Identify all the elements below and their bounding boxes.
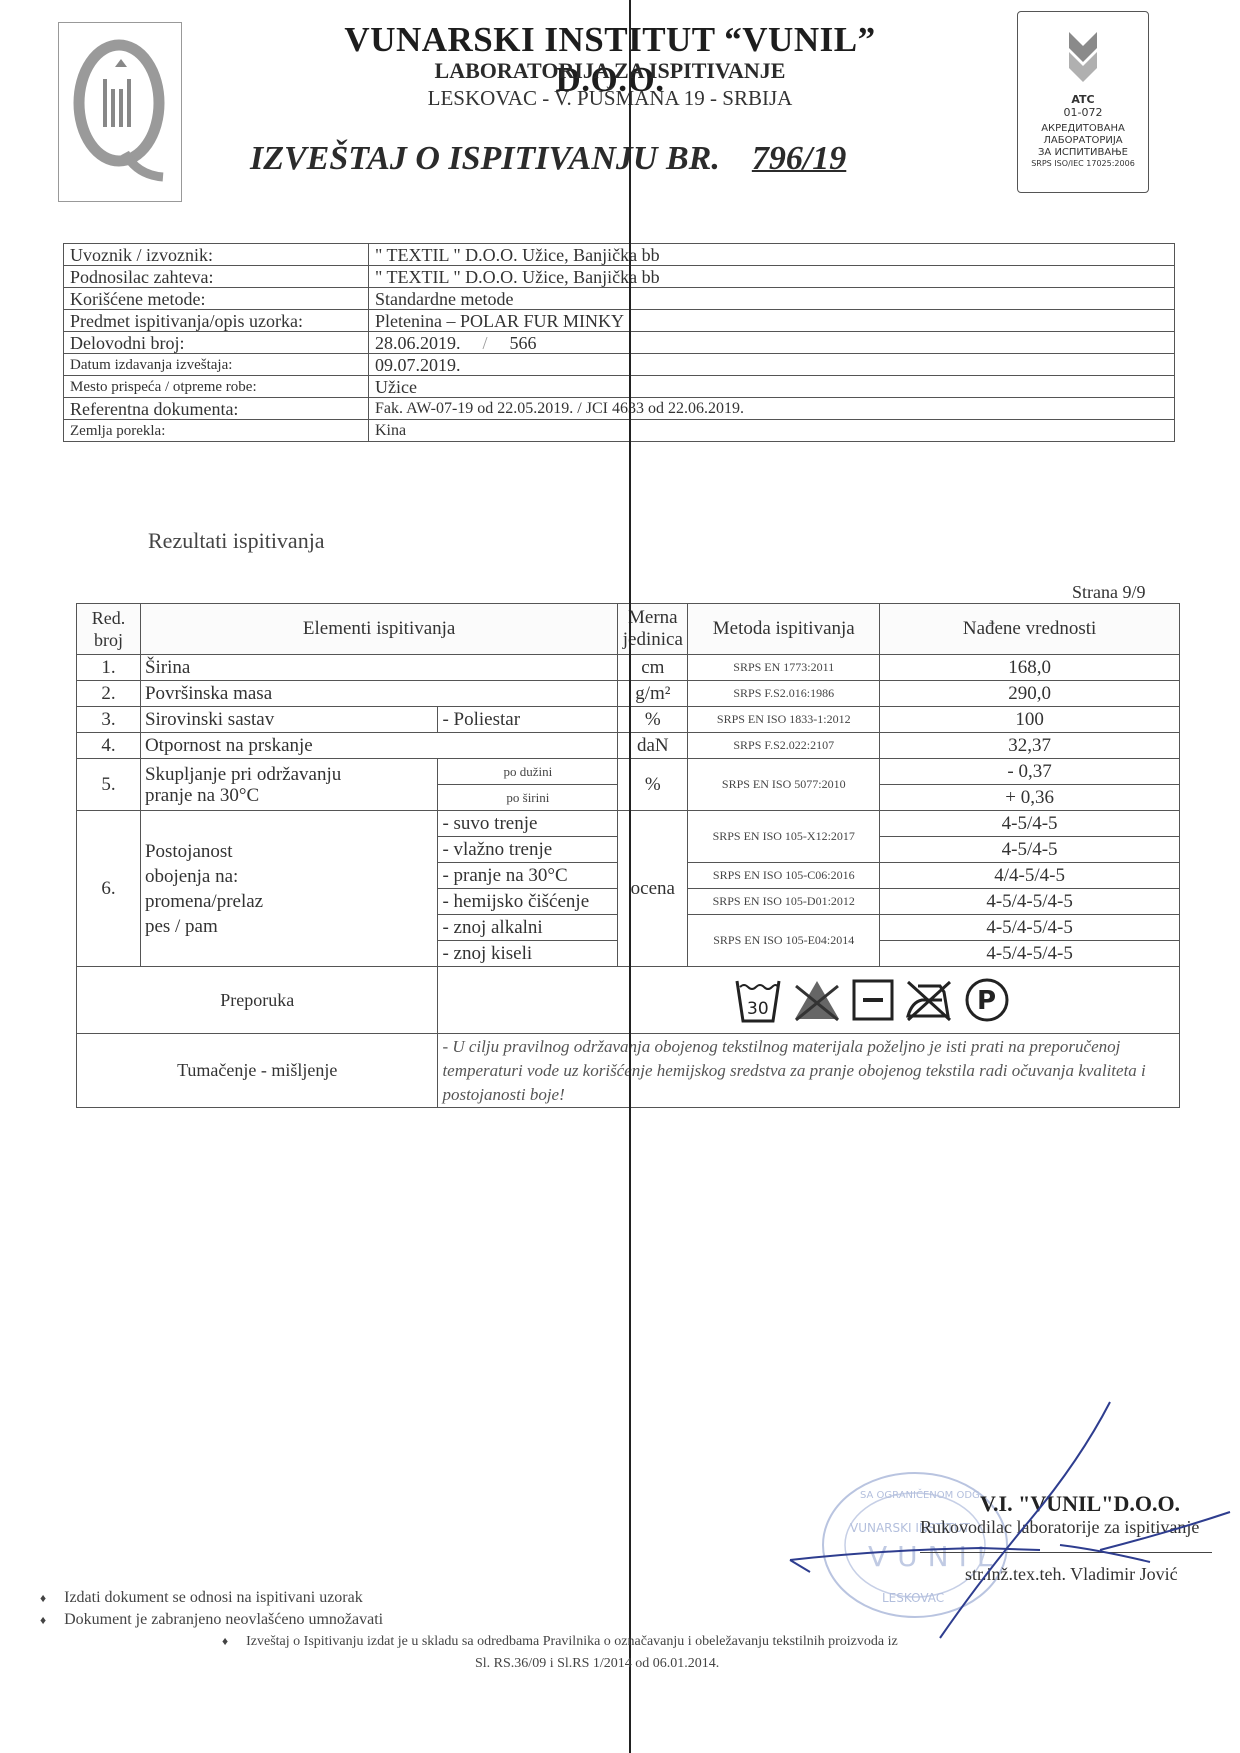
row-element: Postojanost obojenja na: promena/prelaz … <box>140 811 438 967</box>
row5-sub2: po širini <box>438 785 618 811</box>
row-method: SRPS EN ISO 105-D01:2012 <box>688 889 880 915</box>
row-method: SRPS EN ISO 5077:2010 <box>688 759 880 811</box>
header-element: Elementi ispitivanja <box>140 604 617 655</box>
row6-sub: - suvo trenje <box>438 811 618 837</box>
info-row: Delovodni broj:28.06.2019./566 <box>64 332 1175 354</box>
info-row: Zemlja porekla:Kina <box>64 420 1175 442</box>
recommendation-label: Preporuka <box>77 967 438 1034</box>
row-value: 290,0 <box>880 681 1180 707</box>
row5-value1: - 0,37 <box>880 759 1180 785</box>
no-iron-icon <box>904 978 954 1022</box>
row6-sub: - hemijsko čišćenje <box>438 889 618 915</box>
header-no: Red. broj <box>77 604 141 655</box>
accreditation-badge: ATC 01-072 АКРЕДИТОВАНА ЛАБОРАТОРИЈА ЗА … <box>1017 11 1149 193</box>
footer-note: ♦Izveštaj o Ispitivanju izdat je u sklad… <box>222 1634 898 1650</box>
info-value: " TEXTIL " D.O.O. Užice, Banjička bb <box>369 244 1175 266</box>
info-label: Korišćene metode: <box>64 288 369 310</box>
interpretation-row: Tumačenje - mišljenje - U cilju pravilno… <box>77 1034 1180 1108</box>
laboratory-name: LABORATORIJA ZA ISPITIVANJE <box>290 58 930 84</box>
q-logo-icon <box>67 35 171 185</box>
bullet-icon: ♦ <box>222 1634 228 1648</box>
results-title: Rezultati ispitivanja <box>148 528 325 554</box>
info-row: Mesto prispeća / otpreme robe:Užice <box>64 376 1175 398</box>
table-row: 1. Širina cm SRPS EN 1773:2011 168,0 <box>77 655 1180 681</box>
info-value: 09.07.2019. <box>369 354 1175 376</box>
atc-number: 01-072 <box>1018 106 1148 119</box>
row-method: SRPS EN ISO 105-C06:2016 <box>688 863 880 889</box>
row-no: 4. <box>77 733 141 759</box>
row6-value: 4-5/4-5/4-5 <box>880 941 1180 967</box>
row6-sub: - pranje na 30°C <box>438 863 618 889</box>
table-row: 5. Skupljanje pri održavanju pranje na 3… <box>77 759 1180 785</box>
svg-text:30: 30 <box>747 999 769 1019</box>
table-row: 2. Površinska masa g/m² SRPS F.S2.016:19… <box>77 681 1180 707</box>
row6-value: 4-5/4-5/4-5 <box>880 915 1180 941</box>
row-method: SRPS F.S2.022:2107 <box>688 733 880 759</box>
handwritten-signature <box>780 1400 1240 1640</box>
wash-30-icon: 30 <box>734 977 782 1023</box>
info-row: Podnosilac zahteva:" TEXTIL " D.O.O. Uži… <box>64 266 1175 288</box>
info-row: Uvoznik / izvoznik:" TEXTIL " D.O.O. Uži… <box>64 244 1175 266</box>
row-element: Sirovinski sastav <box>140 707 438 733</box>
row6-value: 4-5/4-5 <box>880 837 1180 863</box>
info-row: Predmet ispitivanja/opis uzorka:Pletenin… <box>64 310 1175 332</box>
interpretation-text: - U cilju pravilnog održavanja obojenog … <box>438 1034 1180 1108</box>
info-value: Užice <box>369 376 1175 398</box>
info-value: 28.06.2019./566 <box>369 332 1175 354</box>
row5-line1: Skupljanje pri održavanju <box>145 764 434 785</box>
row-no: 5. <box>77 759 141 811</box>
info-label: Referentna dokumenta: <box>64 398 369 420</box>
header-method: Metoda ispitivanja <box>688 604 880 655</box>
filing-number: 566 <box>510 333 537 353</box>
info-label: Datum izdavanja izveštaja: <box>64 354 369 376</box>
info-label: Uvoznik / izvoznik: <box>64 244 369 266</box>
report-number: 796/19 <box>720 140 854 177</box>
dry-clean-p-icon: P <box>964 977 1010 1023</box>
page-number: Strana 9/9 <box>1072 582 1146 603</box>
row-method: SRPS F.S2.016:1986 <box>688 681 880 707</box>
row6-value: 4/4-5/4-5 <box>880 863 1180 889</box>
atc-line-1: АКРЕДИТОВАНА <box>1018 123 1148 135</box>
table-row: 3. Sirovinski sastav - Poliestar % SRPS … <box>77 707 1180 733</box>
info-value: Pletenina – POLAR FUR MINKY <box>369 310 1175 332</box>
row6-line: promena/prelaz <box>145 889 434 914</box>
report-title-prefix: IZVEŠTAJ O ISPITIVANJU BR. <box>250 140 720 177</box>
results-header-row: Red. broj Elementi ispitivanja Merna jed… <box>77 604 1180 655</box>
footer-legal-reference: Sl. RS.36/09 i Sl.RS 1/2014 od 06.01.201… <box>475 1656 719 1672</box>
row-element: Skupljanje pri održavanju pranje na 30°C <box>140 759 438 811</box>
svg-text:P: P <box>977 986 996 1016</box>
bullet-icon: ♦ <box>40 1591 46 1605</box>
table-row: 6. Postojanost obojenja na: promena/prel… <box>77 811 1180 837</box>
info-value: Standardne metode <box>369 288 1175 310</box>
info-value: Kina <box>369 420 1175 442</box>
row-no: 1. <box>77 655 141 681</box>
footer-note: ♦Dokument je zabranjeno neovlašćeno umno… <box>40 1611 383 1629</box>
results-table: Red. broj Elementi ispitivanja Merna jed… <box>76 603 1180 1108</box>
row6-sub: - znoj kiseli <box>438 941 618 967</box>
info-label: Delovodni broj: <box>64 332 369 354</box>
footer-note: ♦Izdati dokument se odnosi na ispitivani… <box>40 1589 363 1607</box>
dry-flat-icon <box>852 979 894 1021</box>
info-label: Predmet ispitivanja/opis uzorka: <box>64 310 369 332</box>
row5-sub1: po dužini <box>438 759 618 785</box>
row5-value2: + 0,36 <box>880 785 1180 811</box>
row-no: 3. <box>77 707 141 733</box>
row-element: Širina <box>140 655 617 681</box>
filing-date: 28.06.2019. <box>375 333 461 353</box>
row6-line: Postojanost <box>145 839 434 864</box>
row-method: SRPS EN 1773:2011 <box>688 655 880 681</box>
row6-sub: - vlažno trenje <box>438 837 618 863</box>
atc-line-3: ЗА ИСПИТИВАЊЕ <box>1018 147 1148 159</box>
row-value: 100 <box>880 707 1180 733</box>
row5-line2: pranje na 30°C <box>145 785 434 806</box>
row-sub-element: - Poliestar <box>438 707 618 733</box>
atc-chevron-icon <box>1063 26 1103 84</box>
recommendation-row: Preporuka 30 <box>77 967 1180 1034</box>
row6-line: obojenja na: <box>145 864 434 889</box>
row-value: 168,0 <box>880 655 1180 681</box>
scanner-artifact-line <box>629 0 631 1753</box>
row6-line: pes / pam <box>145 914 434 939</box>
filing-separator: / <box>461 333 510 353</box>
report-title: IZVEŠTAJ O ISPITIVANJU BR.796/19 <box>250 140 950 178</box>
atc-code: ATC <box>1018 93 1148 106</box>
no-bleach-icon <box>792 978 842 1022</box>
interpretation-label: Tumačenje - mišljenje <box>77 1034 438 1108</box>
info-row: Korišćene metode:Standardne metode <box>64 288 1175 310</box>
header-value: Nađene vrednosti <box>880 604 1180 655</box>
vunil-q-logo <box>58 22 182 202</box>
bullet-icon: ♦ <box>40 1613 46 1627</box>
care-symbols: 30 P <box>438 967 1180 1034</box>
row6-value: 4-5/4-5/4-5 <box>880 889 1180 915</box>
row-method: SRPS EN ISO 1833-1:2012 <box>688 707 880 733</box>
info-label: Zemlja porekla: <box>64 420 369 442</box>
row6-sub: - znoj alkalni <box>438 915 618 941</box>
row-element: Površinska masa <box>140 681 617 707</box>
info-row: Referentna dokumenta:Fak. AW-07-19 od 22… <box>64 398 1175 420</box>
info-label: Mesto prispeća / otpreme robe: <box>64 376 369 398</box>
report-info-table: Uvoznik / izvoznik:" TEXTIL " D.O.O. Uži… <box>63 243 1175 442</box>
row-no: 2. <box>77 681 141 707</box>
info-value: " TEXTIL " D.O.O. Užice, Banjička bb <box>369 266 1175 288</box>
row-method: SRPS EN ISO 105-X12:2017 <box>688 811 880 863</box>
table-row: 4. Otpornost na prskanje daN SRPS F.S2.0… <box>77 733 1180 759</box>
info-row: Datum izdavanja izveštaja:09.07.2019. <box>64 354 1175 376</box>
row-method: SRPS EN ISO 105-E04:2014 <box>688 915 880 967</box>
atc-line-2: ЛАБОРАТОРИЈА <box>1018 135 1148 147</box>
info-value: Fak. AW-07-19 od 22.05.2019. / JCI 4633 … <box>369 398 1175 420</box>
atc-standard: SRPS ISO/IEC 17025:2006 <box>1018 159 1148 168</box>
row-element: Otpornost na prskanje <box>140 733 617 759</box>
row6-value: 4-5/4-5 <box>880 811 1180 837</box>
row-no: 6. <box>77 811 141 967</box>
info-label: Podnosilac zahteva: <box>64 266 369 288</box>
row-value: 32,37 <box>880 733 1180 759</box>
institute-address: LESKOVAC - V. PUŠMANA 19 - SRBIJA <box>290 86 930 111</box>
